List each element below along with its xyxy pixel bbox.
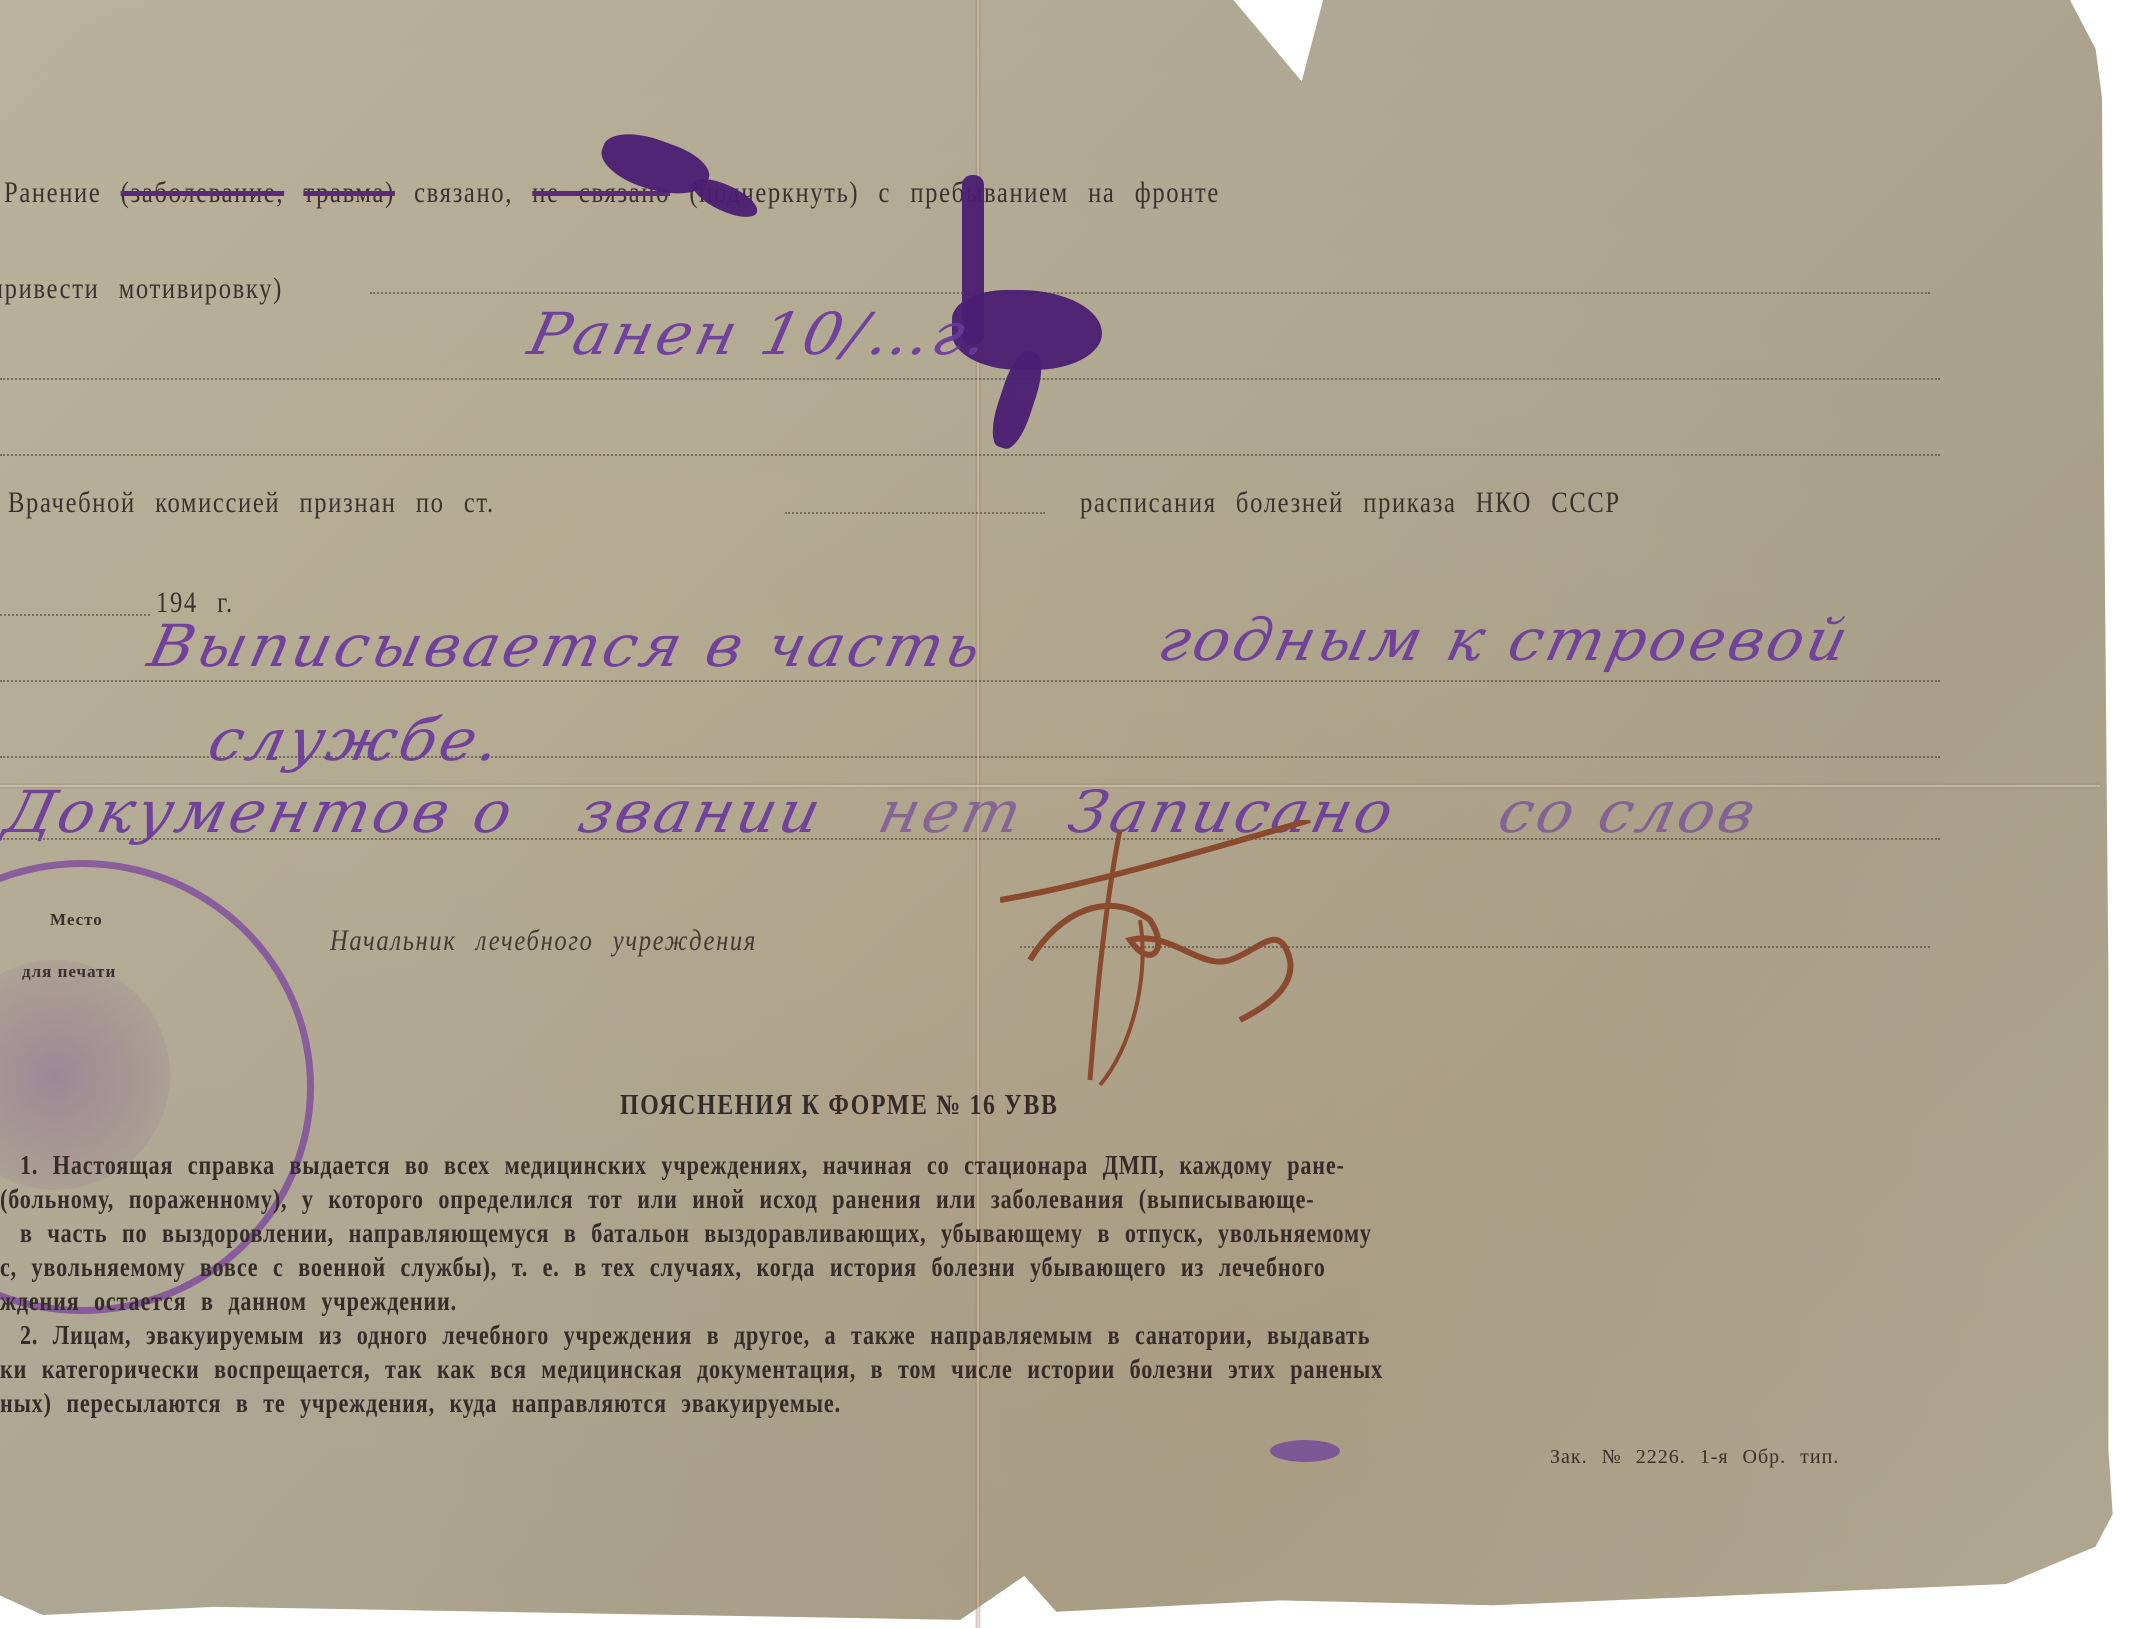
seal-place-label-2: для печати	[22, 962, 116, 982]
seal-place-label-1: Место	[50, 910, 103, 930]
struck-illness-option: (заболевание,	[121, 176, 284, 209]
motivation-blank-line-2	[0, 378, 1940, 380]
notes-line: (больному, пораженному), у которого опре…	[0, 1184, 1314, 1215]
article-blank	[785, 512, 1045, 514]
struck-trauma-option: травма)	[303, 176, 394, 209]
notes-line: ных) пересылаются в те учреждения, куда …	[0, 1388, 841, 1419]
handwritten-fit-for-service: годным к строевой	[1152, 606, 1857, 674]
notes-line: с, увольняемому вовсе с военной службы),…	[0, 1252, 1326, 1283]
handwritten-service: службе.	[202, 706, 509, 774]
chief-signature-label: Начальник лечебного учреждения	[330, 924, 757, 958]
commission-line-start: Врачебной комиссией признан по ст.	[8, 486, 495, 520]
motivation-label: (привести мотивировку)	[0, 272, 283, 306]
wound-label: Ранение	[4, 176, 101, 209]
decision-line-1	[0, 680, 1940, 682]
day-month-blank	[0, 614, 150, 616]
notes-line: ждения остается в данном учреждении.	[0, 1286, 457, 1317]
notes-line: ки категорически воспрещается, так как в…	[0, 1354, 1383, 1385]
notes-line: 1. Настоящая справка выдается во всех ме…	[20, 1150, 1345, 1181]
wound-relation-line: Ранение (заболевание, травма) связано, н…	[4, 176, 1220, 210]
front-stay-suffix: (подчеркнуть) с пребыванием на фронте	[689, 176, 1220, 209]
handwritten-rank: звании	[572, 778, 830, 846]
print-imprint: Зак. № 2226. 1-я Обр. тип.	[1550, 1446, 1839, 1469]
chief-signature	[1000, 820, 1320, 1090]
handwritten-motivation: Ранен 10/…г.	[522, 300, 997, 368]
commission-line-end: расписания болезней приказа НКО СССР	[1080, 486, 1621, 520]
related-option: связано,	[414, 176, 513, 209]
notes-title: ПОЯСНЕНИЯ К ФОРМЕ № 16 УВВ	[620, 1090, 1059, 1122]
handwritten-from-words: со слов	[1492, 778, 1764, 846]
motivation-blank-line-3	[0, 454, 1940, 456]
notes-line: 2. Лицам, эвакуируемым из одного лечебно…	[20, 1320, 1370, 1351]
notes-line: в часть по выздоровлении, направляющемус…	[20, 1218, 1372, 1249]
motivation-blank-line-1	[370, 292, 1930, 294]
handwritten-discharge: Выписывается в часть	[142, 612, 990, 680]
ink-smudge-bottom	[1270, 1440, 1340, 1462]
handwritten-documents: Документов о	[0, 778, 522, 846]
